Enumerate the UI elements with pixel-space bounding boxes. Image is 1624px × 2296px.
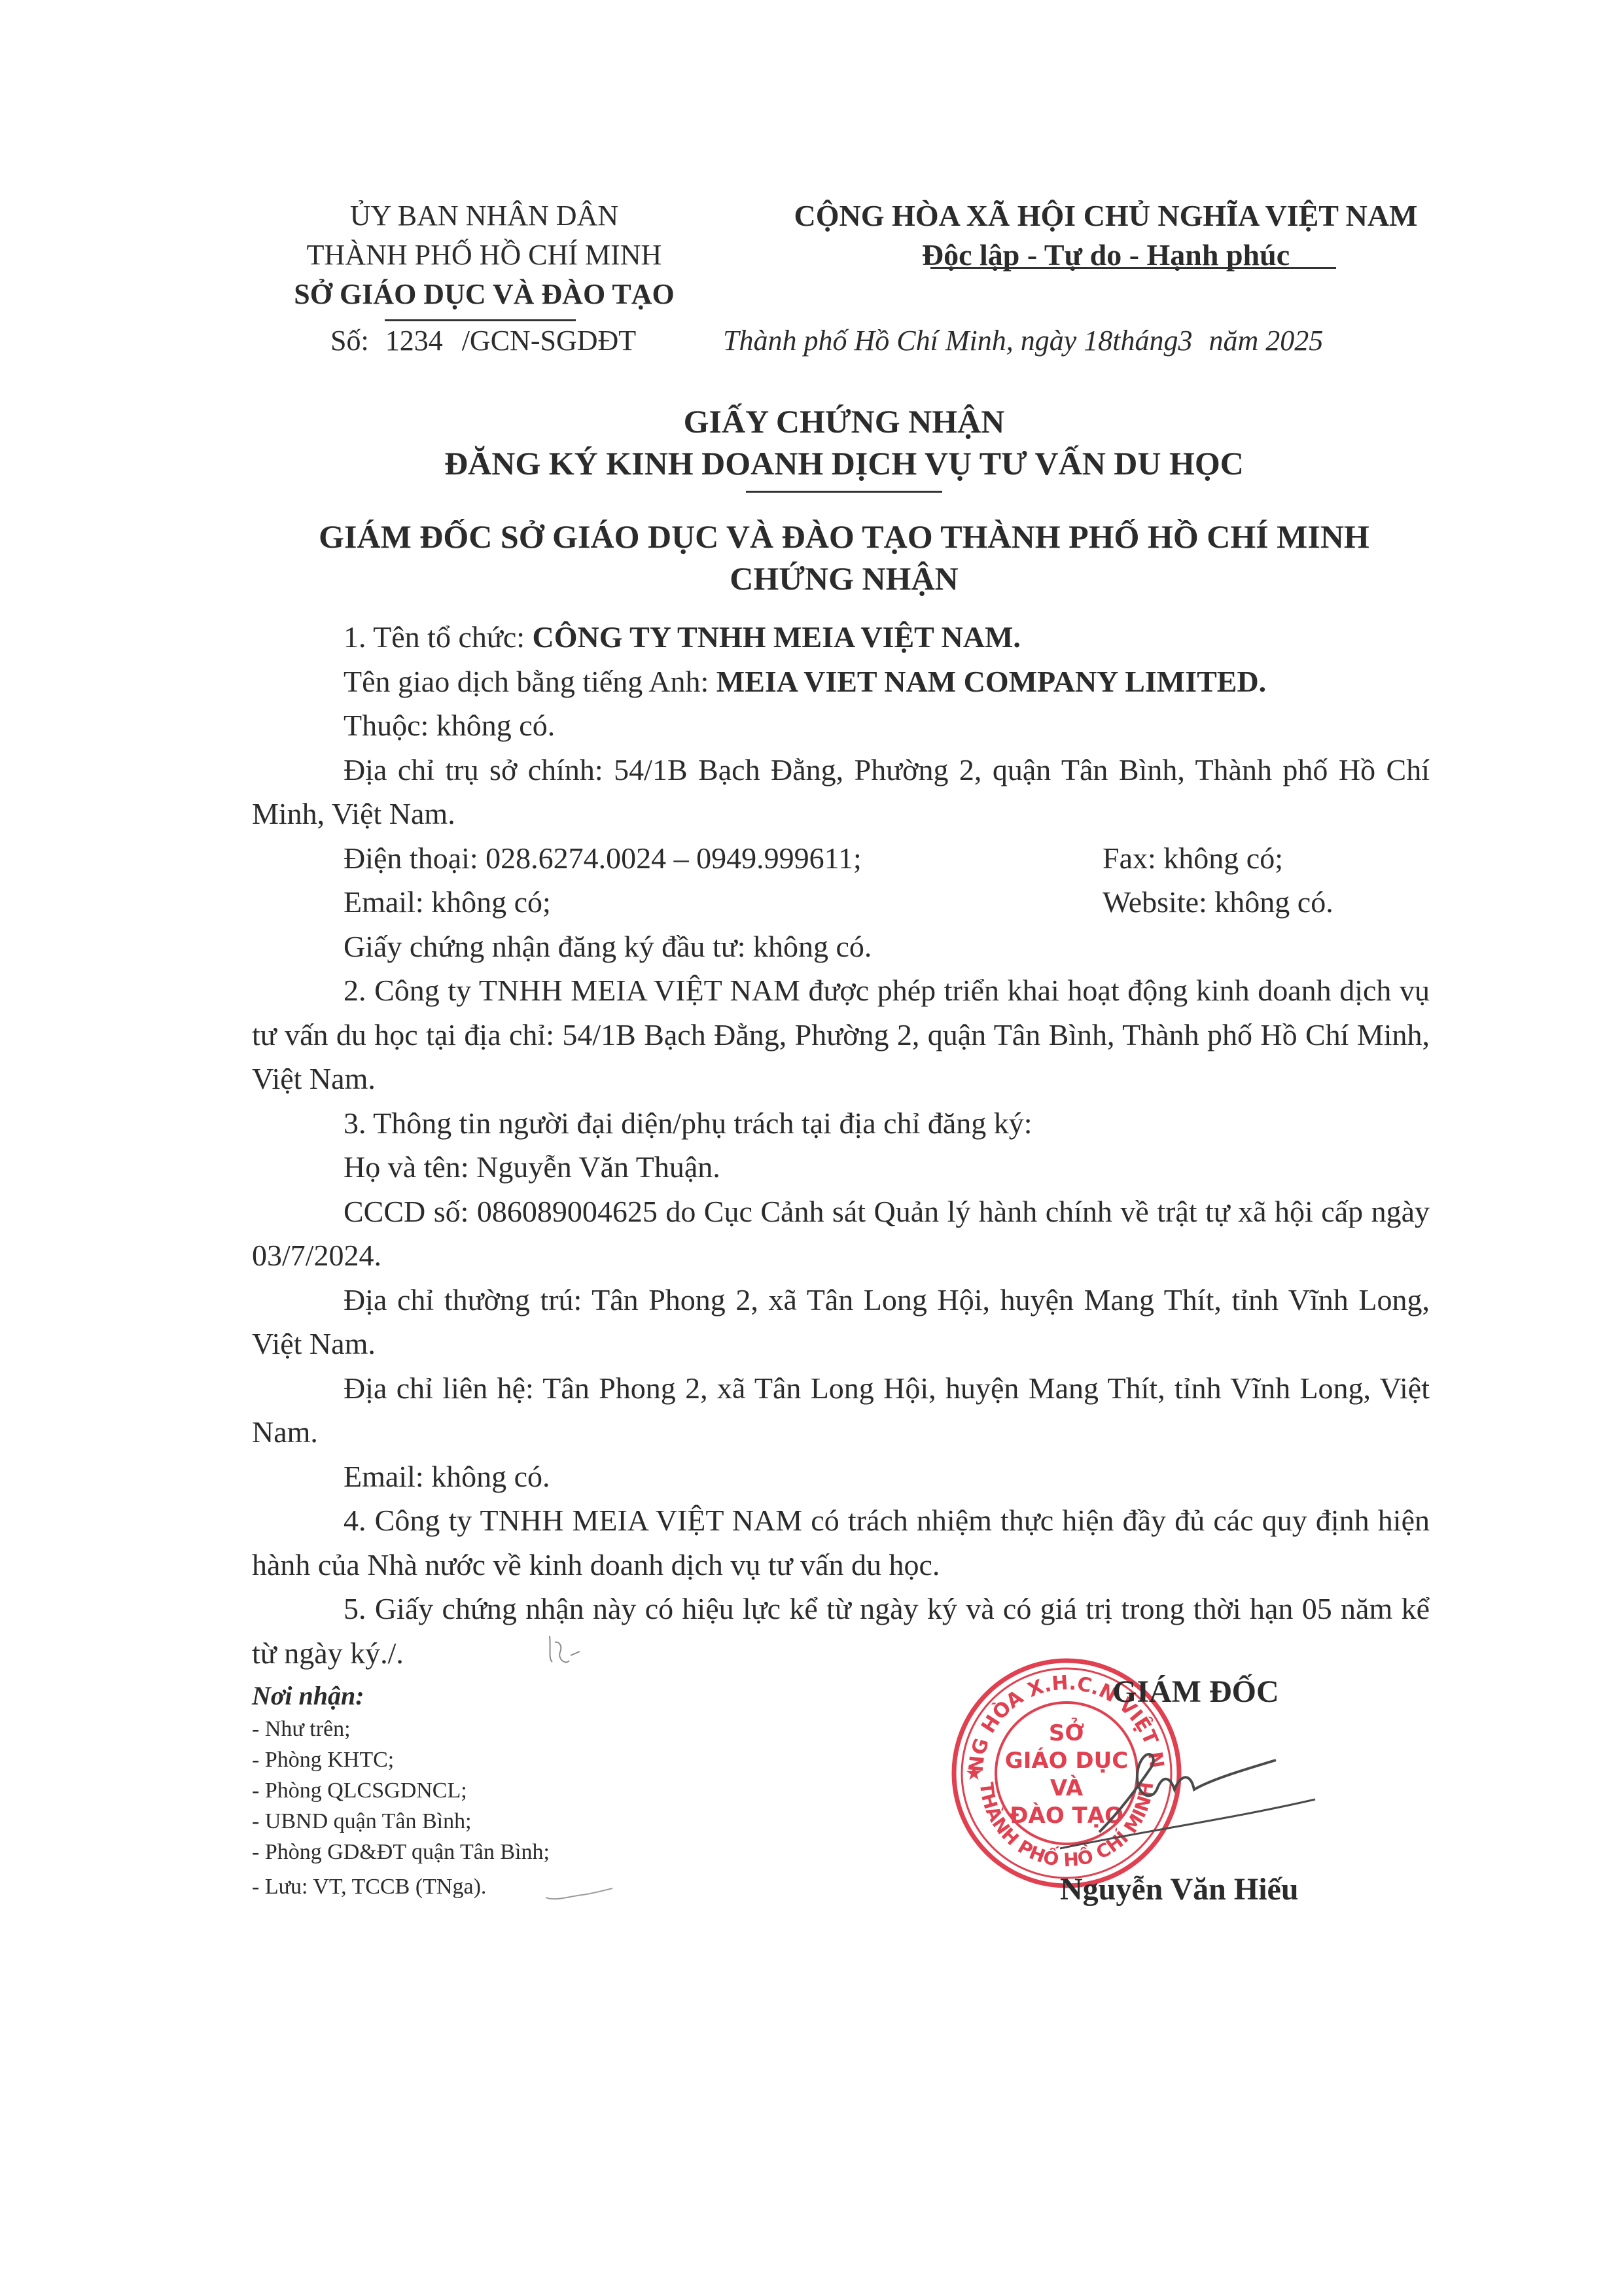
recipient-item: - Như trên; <box>252 1714 550 1744</box>
contact-row-2: Email: không có; Website: không có. <box>252 880 1430 925</box>
recipient-item: - Phòng QLCSGDNCL; <box>252 1775 550 1806</box>
date-prefix: Thành phố Hồ Chí Minh, ngày <box>723 325 1076 357</box>
org-name: CÔNG TY TNHH MEIA VIỆT NAM. <box>533 620 1021 654</box>
agency-line-3: SỞ GIÁO DỤC VÀ ĐÀO TẠO <box>249 275 720 314</box>
signatory-name: Nguyễn Văn Hiếu <box>1060 1871 1299 1907</box>
date-day: 18 <box>1084 325 1112 357</box>
agency-line-1: ỦY BAN NHÂN DÂN <box>249 196 720 236</box>
fax: Fax: không có; <box>1103 836 1430 881</box>
number-label: Số: <box>330 325 369 357</box>
archive-initials-icon <box>543 1884 615 1904</box>
document-subtitle: ĐĂNG KÝ KINH DOANH DỊCH VỤ TƯ VẤN DU HỌC <box>249 442 1439 484</box>
org-name-line: 1. Tên tổ chức: CÔNG TY TNHH MEIA VIỆT N… <box>252 615 1430 660</box>
svg-text:★: ★ <box>965 1762 983 1785</box>
english-name: MEIA VIET NAM COMPANY LIMITED. <box>716 665 1266 698</box>
date-year-label: năm <box>1209 325 1258 357</box>
recipient-item: - UBND quận Tân Bình; <box>252 1806 550 1837</box>
contact-row-1: Điện thoại: 028.6274.0024 – 0949.999611;… <box>252 836 1430 881</box>
item-3-representative: 3. Thông tin người đại diện/phụ trách tạ… <box>252 1101 1430 1146</box>
recipient-item: - Phòng KHTC; <box>252 1744 550 1775</box>
rep-contact-address: Địa chỉ liên hệ: Tân Phong 2, xã Tân Lon… <box>252 1366 1430 1455</box>
phone: Điện thoại: 028.6274.0024 – 0949.999611; <box>252 836 1103 881</box>
agency-underline <box>385 319 576 321</box>
certificate-body: 1. Tên tổ chức: CÔNG TY TNHH MEIA VIỆT N… <box>252 615 1430 1675</box>
english-name-line: Tên giao dịch bằng tiếng Anh: MEIA VIET … <box>252 660 1430 704</box>
item-5-validity: 5. Giấy chứng nhận này có hiệu lực kể từ… <box>252 1587 1430 1675</box>
initials-mark-icon <box>543 1629 595 1675</box>
investment-certificate: Giấy chứng nhận đăng ký đầu tư: không có… <box>252 925 1430 969</box>
country-name: CỘNG HÒA XÃ HỘI CHỦ NGHĨA VIỆT NAM <box>766 196 1446 236</box>
recipients-heading: Nơi nhận: <box>252 1678 550 1714</box>
date-year: 2025 <box>1265 325 1323 357</box>
handwritten-signature-icon <box>1060 1734 1322 1852</box>
rep-email: Email: không có. <box>252 1455 1430 1499</box>
recipient-item: - Phòng GD&ĐT quận Tân Bình; <box>252 1837 550 1867</box>
website: Website: không có. <box>1103 880 1430 925</box>
rep-permanent-address: Địa chỉ thường trú: Tân Phong 2, xã Tân … <box>252 1278 1430 1366</box>
issue-date: Thành phố Hồ Chí Minh, ngày 18tháng3 năm… <box>723 324 1323 357</box>
document-title: GIẤY CHỨNG NHẬN <box>249 400 1439 442</box>
issuing-agency: ỦY BAN NHÂN DÂN THÀNH PHỐ HỒ CHÍ MINH SỞ… <box>249 196 720 314</box>
date-month: 3 <box>1178 325 1192 357</box>
email: Email: không có; <box>252 880 1103 925</box>
rep-id: CCCD số: 086089004625 do Cục Cảnh sát Qu… <box>252 1190 1430 1278</box>
number-code: /GCN-SGDĐT <box>462 325 636 357</box>
certifying-authority: GIÁM ĐỐC SỞ GIÁO DỤC VÀ ĐÀO TẠO THÀNH PH… <box>249 516 1439 557</box>
item-2-permission: 2. Công ty TNHH MEIA VIỆT NAM được phép … <box>252 968 1430 1101</box>
motto: Độc lập - Tự do - Hạnh phúc <box>766 236 1446 275</box>
item-4-responsibility: 4. Công ty TNHH MEIA VIỆT NAM có trách n… <box>252 1498 1430 1587</box>
date-month-label: tháng <box>1112 325 1178 357</box>
hq-address: Địa chỉ trụ sở chính: 54/1B Bạch Đằng, P… <box>252 748 1430 836</box>
certifies-heading: CHỨNG NHẬN <box>249 557 1439 599</box>
belongs-to: Thuộc: không có. <box>252 703 1430 748</box>
recipients-list: Nơi nhận: - Như trên; - Phòng KHTC; - Ph… <box>252 1678 550 1902</box>
recipient-item: - Lưu: VT, TCCB (TNga). <box>252 1871 550 1902</box>
title-underline <box>746 491 942 493</box>
agency-line-2: THÀNH PHỐ HỒ CHÍ MINH <box>249 236 720 275</box>
number-value: 1234 <box>385 325 443 357</box>
rep-name: Họ và tên: Nguyễn Văn Thuận. <box>252 1145 1430 1190</box>
signatory-title: GIÁM ĐỐC <box>1112 1674 1279 1710</box>
national-heading: CỘNG HÒA XÃ HỘI CHỦ NGHĨA VIỆT NAM Độc l… <box>766 196 1446 275</box>
motto-underline <box>930 267 1336 269</box>
document-number: Số: 1234 /GCN-SGDĐT <box>330 324 636 357</box>
